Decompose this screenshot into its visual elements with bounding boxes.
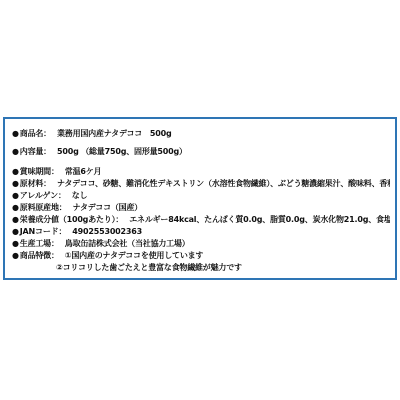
info-row-features-1: ●商品特徴：①国内産のナタデココを使用しています — [12, 250, 390, 262]
info-row-allergen: ●アレルゲン：なし — [12, 190, 390, 202]
row-label: 商品名： — [20, 129, 51, 138]
info-row-nutrition: ●栄養成分値（100gあたり）：エネルギー84kcal、たんぱく質0.0g、脂質… — [12, 214, 390, 226]
bullet-icon: ● — [12, 147, 19, 156]
product-info-panel: ●商品名：業務用国内産ナタデココ 500g●内容量：500g （総量750g、固… — [3, 117, 397, 280]
info-row-product-name: ●商品名：業務用国内産ナタデココ 500g — [12, 125, 390, 143]
product-summary-group: ●商品名：業務用国内産ナタデココ 500g●内容量：500g （総量750g、固… — [12, 125, 390, 161]
bullet-icon: ● — [12, 203, 19, 212]
row-value: 鳥取缶詰株式会社（当社協力工場） — [65, 239, 190, 248]
row-label: 生産工場： — [20, 239, 59, 248]
row-value: エネルギー84kcal、たんぱく質0.0g、脂質0.0g、炭水化物21.0g、食… — [129, 215, 390, 224]
product-detail-group: ●賞味期間：常温6ケ月●原材料：ナタデココ、砂糖、難消化性デキストリン（水溶性食… — [12, 166, 390, 274]
row-value: 業務用国内産ナタデココ 500g — [57, 129, 172, 138]
row-label: 商品特徴： — [20, 251, 59, 260]
row-value: ナタデココ、砂糖、難消化性デキストリン（水溶性食物繊維）、ぶどう糖濃縮果汁、酸味… — [57, 179, 390, 188]
bullet-icon: ● — [12, 239, 19, 248]
info-row-factory: ●生産工場：鳥取缶詰株式会社（当社協力工場） — [12, 238, 390, 250]
row-label: アレルゲン： — [20, 191, 66, 200]
info-row-ingredients: ●原材料：ナタデココ、砂糖、難消化性デキストリン（水溶性食物繊維）、ぶどう糖濃縮… — [12, 178, 390, 190]
row-label: 原材料： — [20, 179, 51, 188]
info-row-shelf-life: ●賞味期間：常温6ケ月 — [12, 166, 390, 178]
bullet-icon: ● — [12, 227, 19, 236]
info-row-jan-code: ●JANコード：4902553002363 — [12, 226, 390, 238]
bullet-icon: ● — [12, 129, 19, 138]
row-label: JANコード： — [20, 227, 66, 236]
row-value: 常温6ケ月 — [65, 167, 102, 176]
row-label: 原料原産地： — [20, 203, 67, 212]
row-value: ②コリコリした歯ごたえと豊富な食物繊維が魅力です — [56, 263, 242, 272]
row-label: 内容量： — [20, 147, 51, 156]
info-row-ingredient-origin: ●原料原産地：ナタデココ（国産） — [12, 202, 390, 214]
info-row-net-content: ●内容量：500g （総量750g、固形量500g） — [12, 143, 390, 161]
bullet-icon: ● — [12, 179, 19, 188]
row-value: 4902553002363 — [72, 227, 142, 236]
row-label: 栄養成分値（100gあたり）： — [20, 215, 123, 224]
bullet-icon: ● — [12, 167, 19, 176]
row-value: ①国内産のナタデココを使用しています — [65, 251, 203, 260]
row-value: なし — [72, 191, 88, 200]
bullet-icon: ● — [12, 251, 19, 260]
bullet-icon: ● — [12, 191, 19, 200]
bullet-icon: ● — [12, 215, 19, 224]
info-row-features-2: ②コリコリした歯ごたえと豊富な食物繊維が魅力です — [12, 262, 390, 274]
row-value: ナタデココ（国産） — [73, 203, 142, 212]
row-label: 賞味期間： — [20, 167, 59, 176]
row-value: 500g （総量750g、固形量500g） — [57, 147, 187, 156]
